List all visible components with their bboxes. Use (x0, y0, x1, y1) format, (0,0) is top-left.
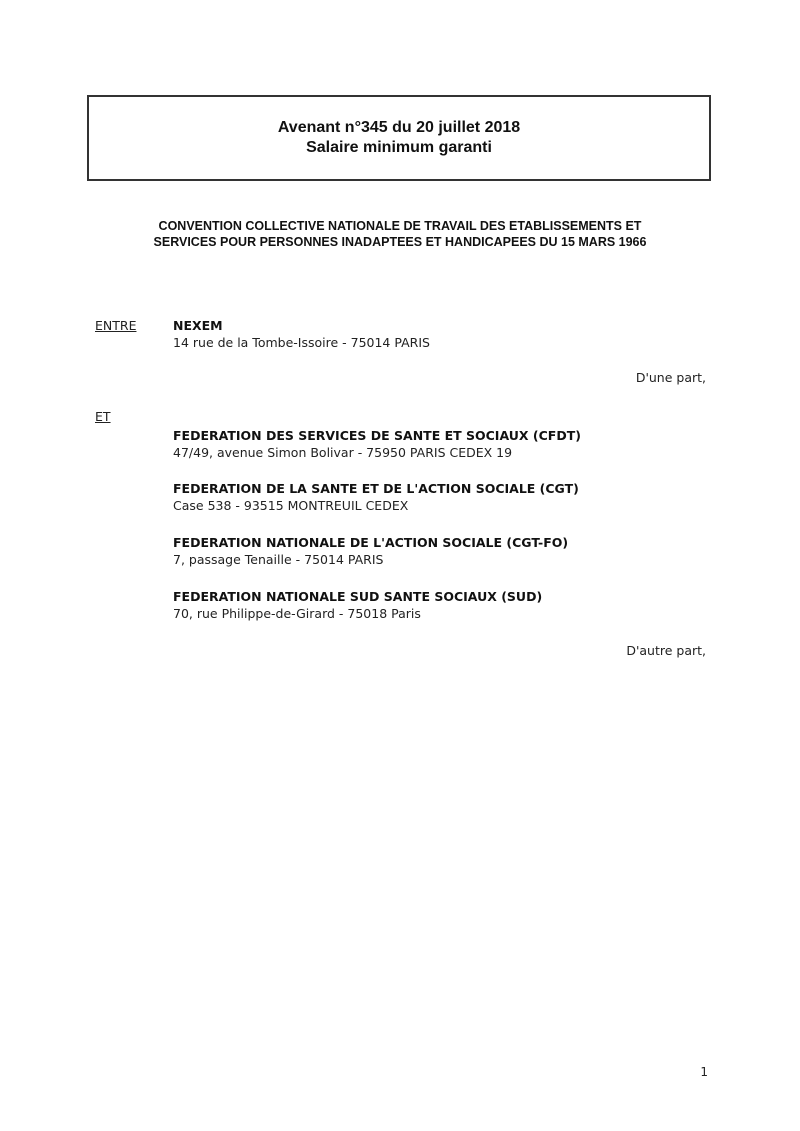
party-address-cgt: Case 538 - 93515 MONTREUIL CEDEX (173, 498, 408, 514)
convention-line-1: CONVENTION COLLECTIVE NATIONALE DE TRAVA… (90, 218, 710, 234)
title-box: Avenant n°345 du 20 juillet 2018 Salaire… (87, 95, 711, 181)
party-name-cgt-fo: FEDERATION NATIONALE DE L'ACTION SOCIALE… (173, 535, 568, 551)
document-title: Avenant n°345 du 20 juillet 2018 (278, 118, 520, 138)
entre-label: ENTRE (95, 318, 136, 334)
party-name-cgt: FEDERATION DE LA SANTE ET DE L'ACTION SO… (173, 481, 579, 497)
party-address-sud: 70, rue Philippe-de-Girard - 75018 Paris (173, 606, 421, 622)
page-number: 1 (668, 1065, 708, 1079)
convention-heading: CONVENTION COLLECTIVE NATIONALE DE TRAVA… (90, 218, 710, 250)
first-party-name: NEXEM (173, 318, 223, 334)
party-name-cfdt: FEDERATION DES SERVICES DE SANTE ET SOCI… (173, 428, 581, 444)
document-page: Avenant n°345 du 20 juillet 2018 Salaire… (0, 0, 800, 1131)
party-address-cgt-fo: 7, passage Tenaille - 75014 PARIS (173, 552, 383, 568)
first-party-address: 14 rue de la Tombe-Issoire - 75014 PARIS (173, 335, 430, 351)
party-name-sud: FEDERATION NATIONALE SUD SANTE SOCIAUX (… (173, 589, 542, 605)
party-address-cfdt: 47/49, avenue Simon Bolivar - 75950 PARI… (173, 445, 512, 461)
convention-line-2: SERVICES POUR PERSONNES INADAPTEES ET HA… (90, 234, 710, 250)
document-subtitle: Salaire minimum garanti (306, 138, 492, 158)
second-closing: D'autre part, (510, 643, 706, 659)
first-closing: D'une part, (510, 370, 706, 386)
et-label: ET (95, 409, 111, 425)
